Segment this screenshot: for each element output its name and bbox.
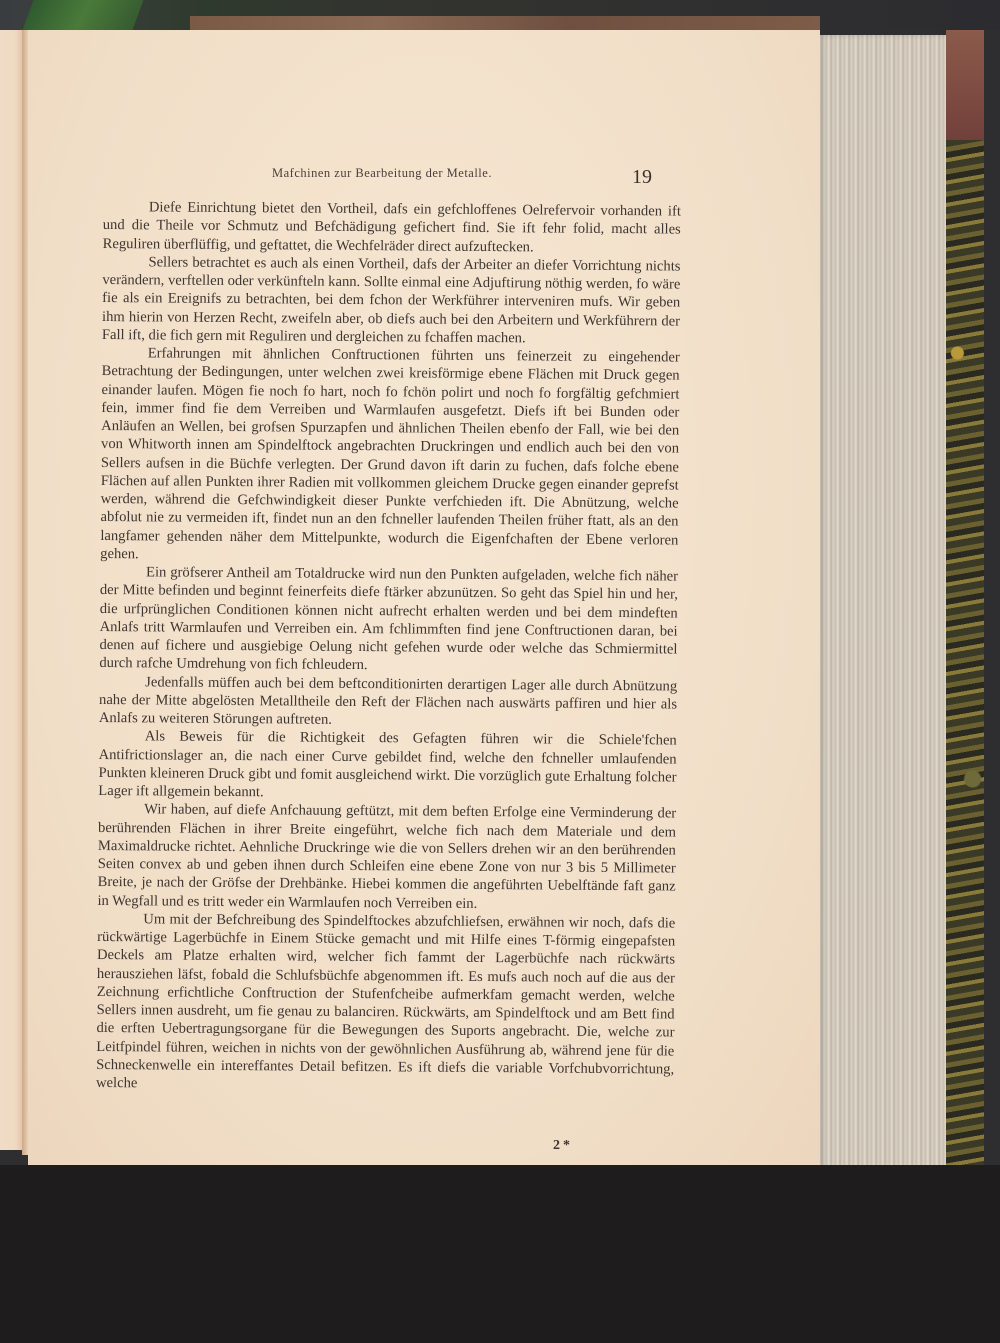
marbled-cover xyxy=(946,140,984,1205)
paragraph: Jedenfalls müffen auch bei dem beftcondi… xyxy=(99,672,677,731)
running-head: Mafchinen zur Bearbeitung der Metalle. xyxy=(272,166,492,181)
paragraph: Um mit der Befchreibung des Spindelftock… xyxy=(96,910,675,1097)
paragraph: Diefe Einrichtung bietet den Vortheil, d… xyxy=(103,198,681,257)
paragraph: Erfahrungen mit ähnlichen Conftructionen… xyxy=(100,344,680,568)
bookmark-ribbon xyxy=(23,0,144,30)
signature-mark: 2* xyxy=(553,1138,573,1154)
page-number: 19 xyxy=(632,166,652,189)
page-block-fore-edge xyxy=(818,35,946,1305)
scan-backdrop-bottom xyxy=(0,1165,1000,1343)
leather-corner-top xyxy=(946,30,984,145)
paragraph: Als Beweis für die Richtigkeit des Gefag… xyxy=(98,727,677,805)
body-text: Diefe Einrichtung bietet den Vortheil, d… xyxy=(96,198,681,1097)
book-cover-top-edge xyxy=(190,16,820,30)
paragraph: Wir haben, auf diefe Anfchauung geftützt… xyxy=(97,800,676,914)
paragraph: Ein gröfserer Antheil am Totaldrucke wir… xyxy=(99,563,678,677)
paragraph: Sellers betrachtet es auch als einen Vor… xyxy=(102,253,681,349)
facing-page-edge xyxy=(0,30,22,1150)
